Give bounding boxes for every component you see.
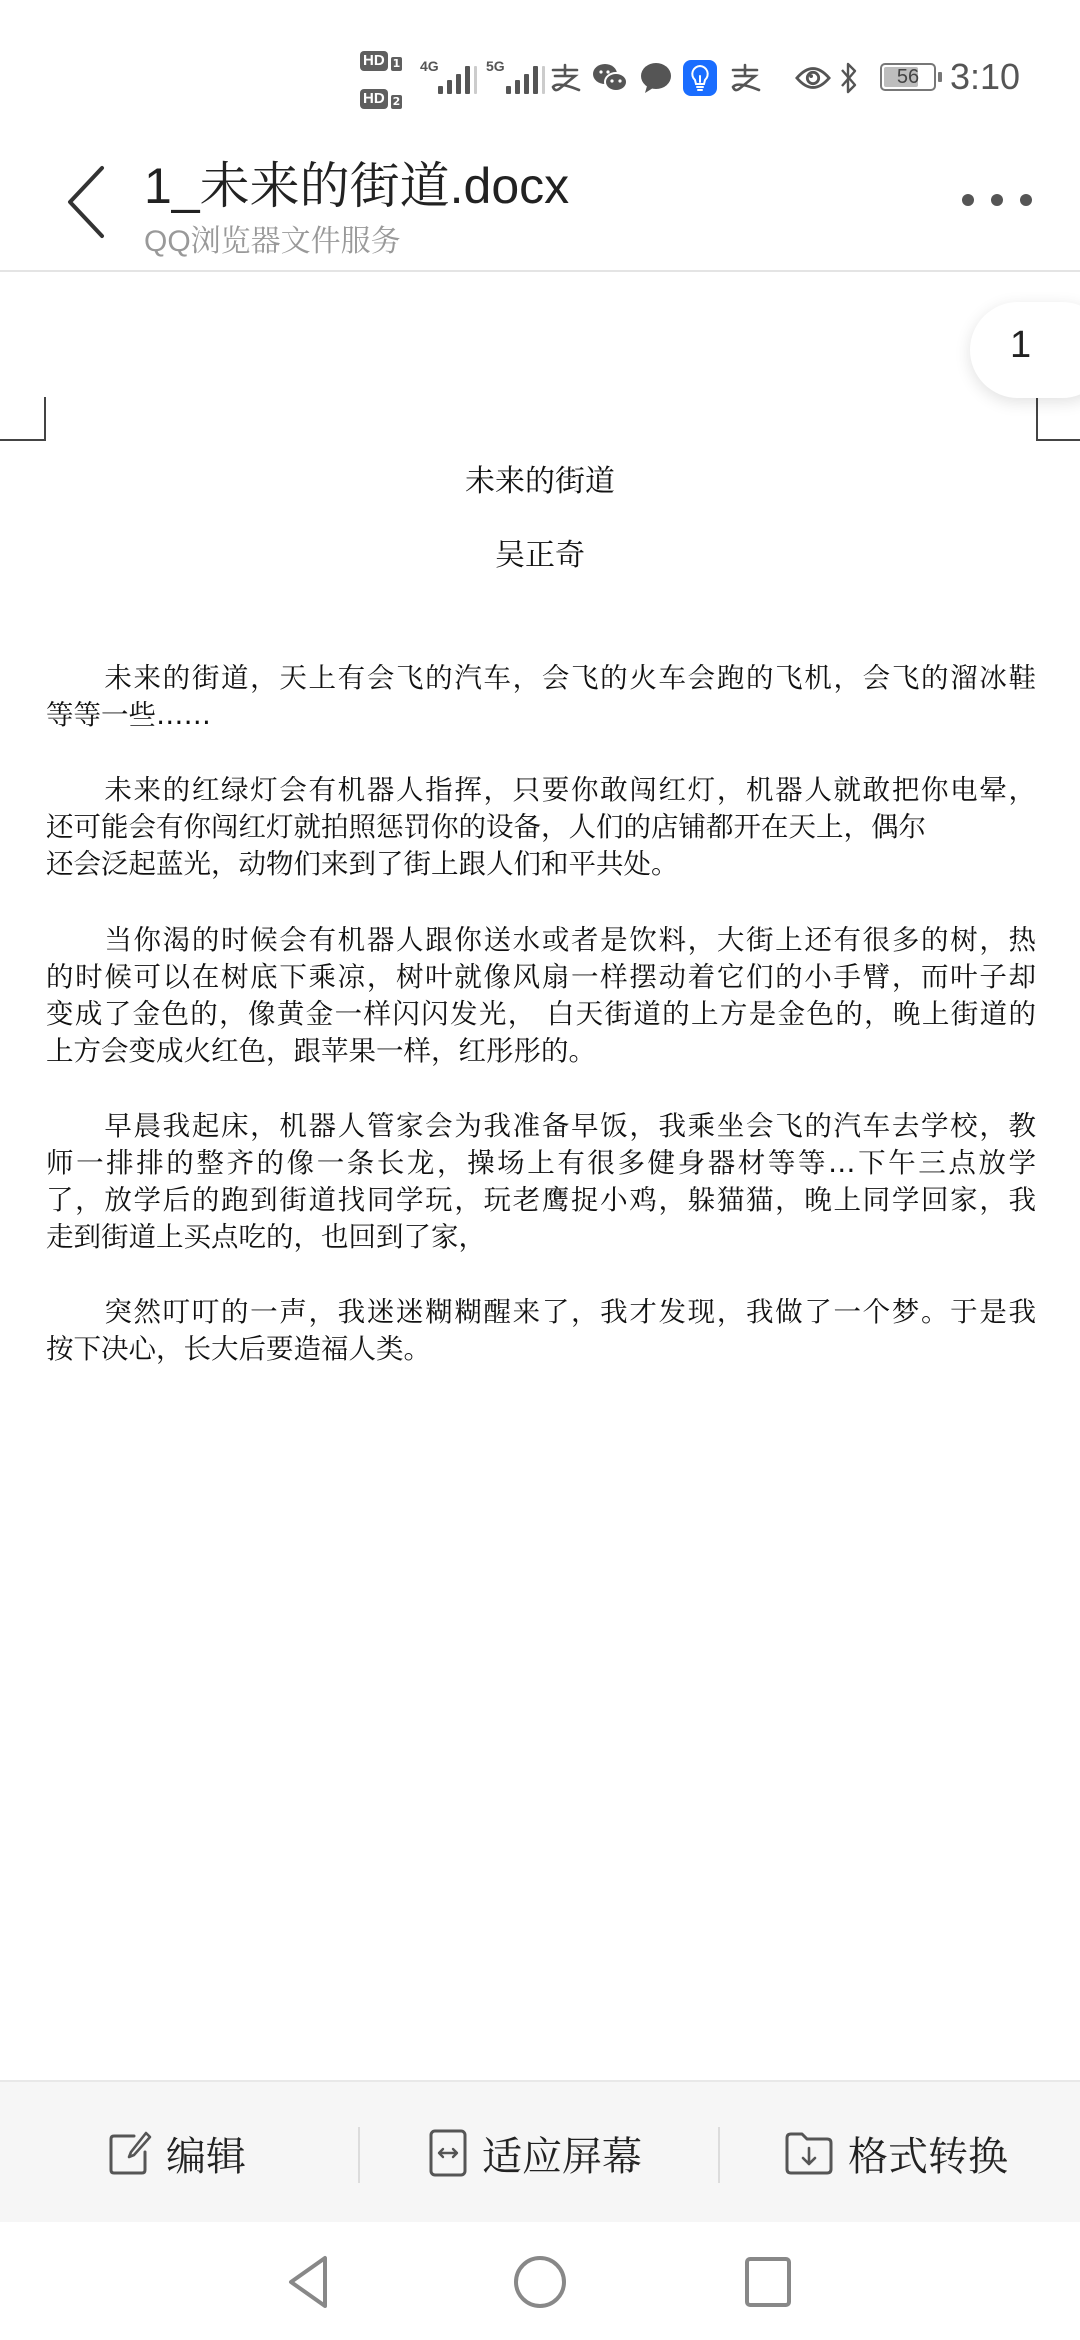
alipay-icon xyxy=(728,60,764,96)
wechat-icon xyxy=(592,60,628,96)
bluetooth-icon xyxy=(836,60,862,96)
chevron-left-icon xyxy=(58,160,118,240)
format-convert-button[interactable]: 格式转换 xyxy=(784,2082,1008,2224)
bulb-app-icon xyxy=(683,60,717,96)
toolbar-divider xyxy=(358,2127,360,2183)
triangle-back-icon xyxy=(285,2254,335,2310)
hd-icon-sim2: HD2 xyxy=(360,88,410,110)
document-viewer[interactable]: 1 未来的街道 吴正奇 未来的街道，天上有会飞的汽车，会飞的火车会跑的飞机，会飞… xyxy=(0,272,1080,2080)
paragraph: 未来的红绿灯会有机器人指挥，只要你敢闯红灯，机器人就敢把你电晕， 还可能会有你闯… xyxy=(46,772,1036,883)
circle-home-icon xyxy=(512,2254,568,2310)
more-options-button[interactable] xyxy=(962,188,1032,212)
page-number-indicator[interactable]: 1 xyxy=(970,302,1080,398)
message-icon xyxy=(638,60,674,96)
more-dot-icon xyxy=(991,194,1003,206)
document-heading: 未来的街道 xyxy=(0,456,1080,500)
back-button[interactable] xyxy=(58,160,118,240)
title-bar: 1_未来的街道.docx QQ浏览器文件服务 xyxy=(0,130,1080,272)
more-dot-icon xyxy=(1020,194,1032,206)
edit-icon xyxy=(108,2130,152,2176)
paragraph: 突然叮叮的一声，我迷迷糊糊醒来了，我才发现，我做了一个梦。于是我 按下决心，长大… xyxy=(46,1294,1036,1368)
fit-screen-button[interactable]: 适应屏幕 xyxy=(428,2082,642,2224)
folder-download-icon xyxy=(784,2130,834,2176)
square-recents-icon xyxy=(742,2254,794,2310)
signal-5g-icon: 5G xyxy=(486,58,550,98)
bottom-toolbar: 编辑 适应屏幕 格式转换 xyxy=(0,2080,1080,2224)
paragraph: 当你渴的时候会有机器人跟你送水或者是饮料，大街上还有很多的树，热 的时候可以在树… xyxy=(46,922,1036,1070)
document-author: 吴正奇 xyxy=(0,530,1080,574)
battery-icon: 56 xyxy=(880,63,936,91)
nav-home-button[interactable] xyxy=(510,2252,570,2312)
page-corner-mark-right xyxy=(1036,397,1080,441)
status-bar: HD1 HD2 4G 5G 56 3:10 xyxy=(0,0,1080,130)
signal-4g-icon: 4G xyxy=(420,58,480,98)
eye-comfort-icon xyxy=(795,60,831,96)
more-dot-icon xyxy=(962,194,974,206)
paragraph: 未来的街道，天上有会飞的汽车，会飞的火车会跑的飞机，会飞的溜冰鞋 等等一些…… xyxy=(46,660,1036,734)
nav-recents-button[interactable] xyxy=(738,2252,798,2312)
edit-button[interactable]: 编辑 xyxy=(108,2082,246,2224)
clock: 3:10 xyxy=(950,56,1020,98)
document-title: 1_未来的街道.docx xyxy=(144,146,569,218)
alipay-icon xyxy=(548,60,584,96)
page-corner-mark-left xyxy=(0,397,46,441)
document-source: QQ浏览器文件服务 xyxy=(144,216,401,260)
nav-back-button[interactable] xyxy=(280,2252,340,2312)
system-navigation-bar xyxy=(0,2222,1080,2340)
hd-icon-sim1: HD1 xyxy=(360,50,410,72)
hd-voice-indicators: HD1 HD2 xyxy=(360,50,410,112)
paragraph: 早晨我起床，机器人管家会为我准备早饭，我乘坐会飞的汽车去学校，教 师一排排的整齐… xyxy=(46,1108,1036,1256)
fit-width-icon xyxy=(428,2128,468,2178)
toolbar-divider xyxy=(718,2127,720,2183)
